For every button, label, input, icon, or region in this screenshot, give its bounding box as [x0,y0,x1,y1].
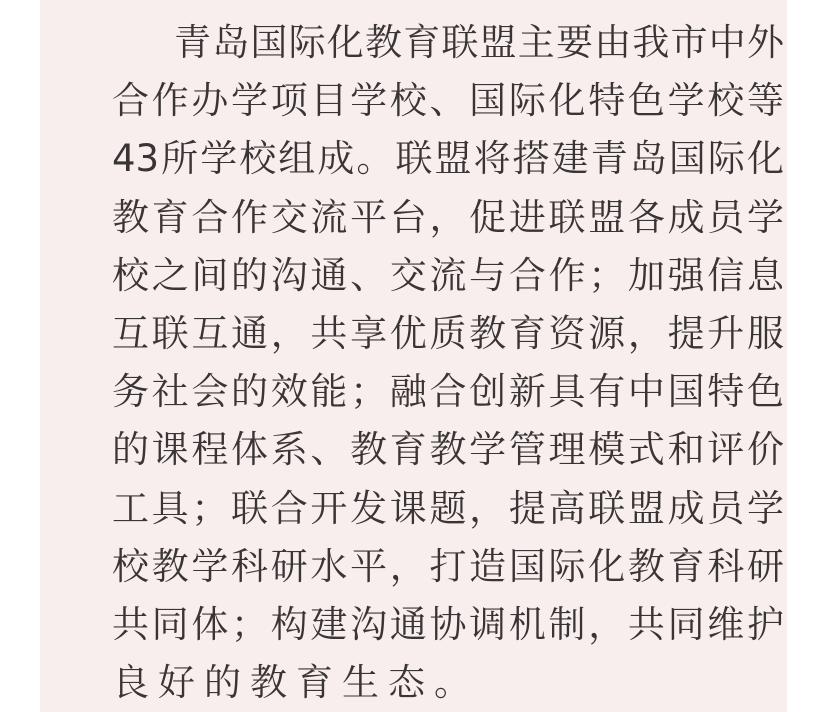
text-line: 共同体；构建沟通协调机制，共同维护 [112,596,784,654]
text-line: 校教学科研水平，打造国际化教育科研 [112,538,784,596]
text-line: 良好的教育生态。 [112,654,784,712]
text-line: 互联互通，共享优质教育资源，提升服 [112,305,784,363]
text-line: 青岛国际化教育联盟主要由我市中外 [112,14,784,72]
text-line: 工具；联合开发课题，提高联盟成员学 [112,480,784,538]
text-line: 务社会的效能；融合创新具有中国特色 [112,363,784,421]
text-line: 校之间的沟通、交流与合作；加强信息 [112,247,784,305]
article-paragraph: 青岛国际化教育联盟主要由我市中外 合作办学项目学校、国际化特色学校等 43所学校… [112,14,784,712]
text-line: 的课程体系、教育教学管理模式和评价 [112,421,784,479]
text-line: 43所学校组成。联盟将搭建青岛国际化 [112,130,784,188]
text-line: 教育合作交流平台，促进联盟各成员学 [112,189,784,247]
article-panel: 青岛国际化教育联盟主要由我市中外 合作办学项目学校、国际化特色学校等 43所学校… [40,0,787,712]
text-line: 合作办学项目学校、国际化特色学校等 [112,72,784,130]
